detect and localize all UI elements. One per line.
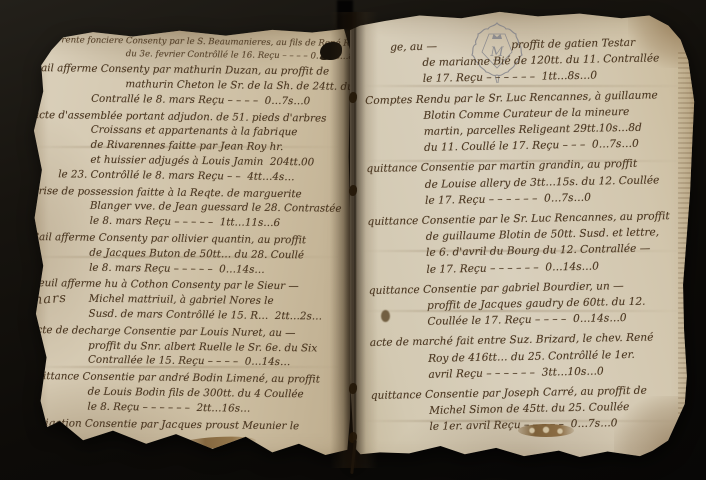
small-stain xyxy=(381,310,390,322)
handwritten-line: Contrallé le 8. mars Reçu – – – – 0…7s…0 xyxy=(91,91,339,109)
handwritten-line: Coullée le 17. Reçu – – – – 0…14s…0 xyxy=(427,309,681,330)
register-entry: obligation Consentie par Jacques proust … xyxy=(29,415,335,434)
register-entry: quittance Consentie par gabriel Bourdier… xyxy=(369,277,682,332)
register-entry: prise de possession faitte à la Reqte. d… xyxy=(32,184,339,232)
ink-smudge xyxy=(518,424,574,437)
register-entry: Beuil afferme hu à Cothon Consenty par l… xyxy=(30,276,337,324)
handwritten-line: obligation Consentie par Jacques proust … xyxy=(29,415,335,434)
register-entry: quittance Consentie par le Sr. Luc Renca… xyxy=(367,208,680,279)
handwritten-line: du 3e. fevrier Contrôllé le 16. Reçu – –… xyxy=(126,48,340,63)
register-entry: Bail a rente fonciere Consenty par le S.… xyxy=(34,34,340,63)
ink-smudge xyxy=(178,435,256,450)
register-entry: acte de marché fait entre Suz. Brizard, … xyxy=(370,329,683,384)
register-entry: quittance Consentie par martin grandin, … xyxy=(366,155,679,210)
handwritten-line: le 8. mars Reçu – – – – – 1tt…11s…6 xyxy=(90,214,338,232)
register-entry: acte d'assemblée portant adjudon. de 51.… xyxy=(32,108,339,186)
left-page-text: Bail a rente fonciere Consenty par le S.… xyxy=(29,34,340,436)
register-entry: quittance Consentie par andré Bodin Lime… xyxy=(29,369,336,417)
right-page-paper: M ge, au — proffit de gatien Testarde ma… xyxy=(350,10,698,468)
handwritten-line: Contrallée le 15. Reçu – – – – 0…14s… xyxy=(88,353,336,371)
handwritten-line: Bail afferme Consenty par ollivier quant… xyxy=(31,230,337,249)
handwritten-line: le 17. Reçu – – – – – – 1tt…8s…0 xyxy=(423,66,677,87)
handwritten-line: acte de decharge Consentie par Louis Nur… xyxy=(30,323,336,342)
ink-blot xyxy=(320,42,342,60)
handwritten-line: le 8. Reçu – – – – – – 2tt…16s… xyxy=(87,399,335,417)
photo-backdrop: Bail a rente fonciere Consenty par le S.… xyxy=(0,0,706,480)
register-entry: ge, au — proffit de gatien Testarde mari… xyxy=(364,34,677,89)
handwritten-line: le 8. mars Reçu – – – – – 0…14s… xyxy=(89,260,337,278)
register-entry: Comptes Rendu par le Sr. Luc Rencannes, … xyxy=(365,87,678,158)
register-entry: acte de decharge Consentie par Louis Nur… xyxy=(30,323,337,371)
left-page-paper: Bail a rente fonciere Consenty par le S.… xyxy=(20,26,352,462)
right-page-text: ge, au — proffit de gatien Testarde mari… xyxy=(364,34,684,441)
handwritten-line: Susd. de mars Contrôllé le 15. R… 2tt…2s… xyxy=(88,307,336,325)
register-entry: Bail afferme Consenty par ollivier quant… xyxy=(31,230,338,278)
register-entry: Bail afferme Consenty par mathurin Duzan… xyxy=(33,61,340,109)
right-page: M ge, au — proffit de gatien Testarde ma… xyxy=(350,10,698,468)
left-page: Bail a rente fonciere Consenty par le S.… xyxy=(20,26,352,462)
handwritten-line: du 11. Coullé le 17. Reçu – – – 0…7s…0 xyxy=(424,135,678,156)
margin-note: mars xyxy=(30,291,68,309)
